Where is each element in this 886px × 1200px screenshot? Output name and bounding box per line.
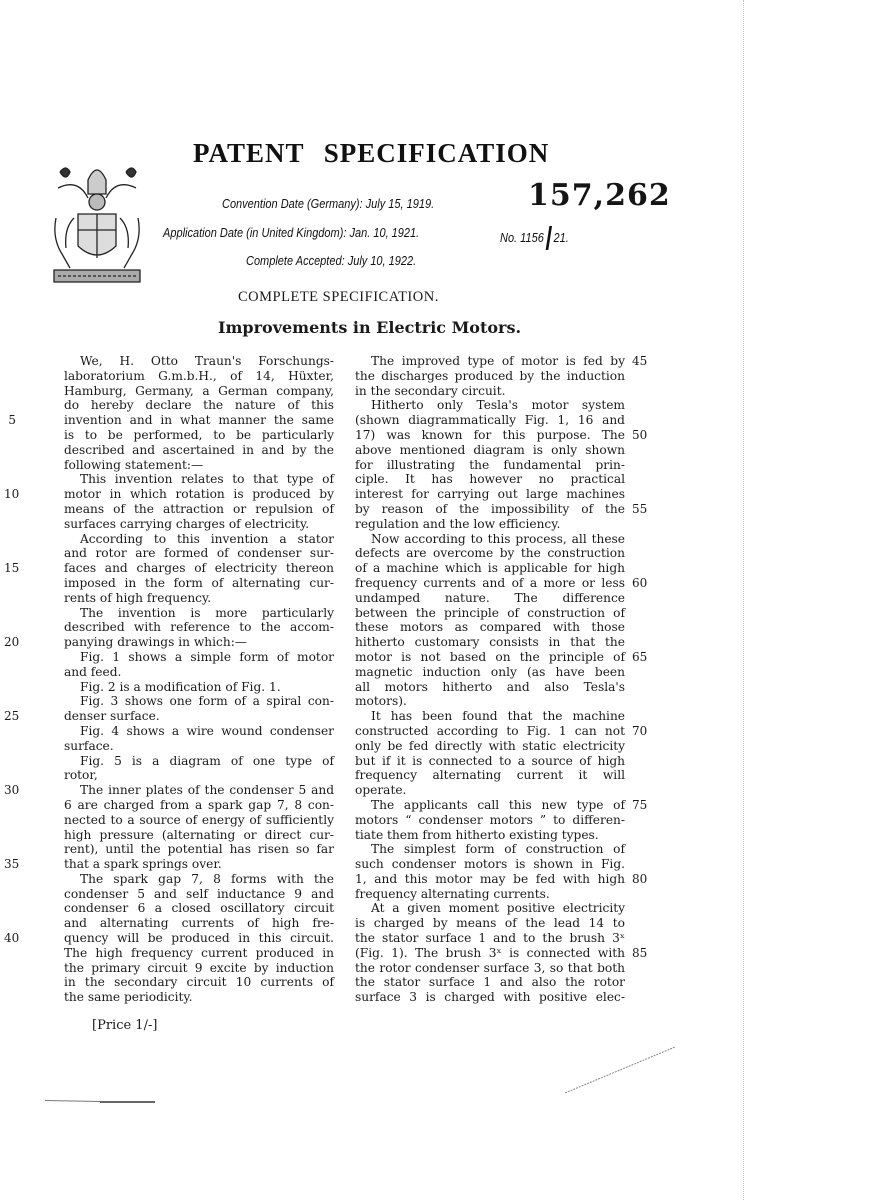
text-line: Fig. 4 shows a wire wound condenser [64,724,334,739]
text-line: frequency alternating currents. [355,887,625,902]
text-line: 1, and this motor may be fed with high [355,872,625,887]
text-line: rotor, [64,768,334,783]
text-line: constructed according to Fig. 1 can not [355,724,625,739]
text-line: above mentioned diagram is only shown [355,443,625,458]
text-line: The spark gap 7, 8 forms with the [64,872,334,887]
royal-coat-of-arms-icon [48,158,146,286]
text-line: defects are overcome by the construction [355,546,625,561]
text-line: 6 are charged from a spark gap 7, 8 con- [64,798,334,813]
text-line: We, H. Otto Traun's Forschungs- [64,354,334,369]
text-line: and rotor are formed of condenser sur- [64,546,334,561]
text-line: interest for carrying out large machines [355,487,625,502]
text-line: these motors as compared with those [355,620,625,635]
scan-artifact-diagonal [560,1045,680,1095]
text-line: Now according to this process, all these [355,532,625,547]
text-line: in the secondary circuit. [355,384,625,399]
price-label: [Price 1/-] [92,1018,157,1033]
text-line: undamped nature. The difference [355,591,625,606]
text-line: the rotor condenser surface 3, so that b… [355,961,625,976]
text-line: described and ascertained in and by the [64,443,334,458]
line-number: 40 [4,931,16,945]
text-line: and feed. [64,665,334,680]
text-line: by reason of the impossibility of the [355,502,625,517]
text-line: in the secondary circuit 10 currents of [64,975,334,990]
text-line: (shown diagrammatically Fig. 1, 16 and [355,413,625,428]
line-number: 70 [632,724,647,738]
left-text-column: We, H. Otto Traun's Forschungs-laborator… [64,354,334,1005]
text-line: motor in which rotation is produced by [64,487,334,502]
text-line: 17) was known for this purpose. The [355,428,625,443]
text-line: denser surface. [64,709,334,724]
text-line: hitherto customary consists in that the [355,635,625,650]
specification-type-heading: COMPLETE SPECIFICATION. [238,289,439,306]
application-date: Application Date (in United Kingdom): Ja… [163,226,419,240]
text-line: is to be performed, to be particularly [64,428,334,443]
text-line: motors). [355,694,625,709]
line-number: 55 [632,502,647,516]
slash-mark [545,226,551,250]
text-line: is charged by means of the lead 14 to [355,916,625,931]
text-line: of a machine which is applicable for hig… [355,561,625,576]
line-number: 85 [632,946,647,960]
text-line: only be fed directly with static electri… [355,739,625,754]
text-line: means of the attraction or repulsion of [64,502,334,517]
text-line: The simplest form of construction of [355,842,625,857]
convention-date: Convention Date (Germany): July 15, 1919… [222,197,434,211]
text-line: condenser 6 a closed oscillatory circuit [64,901,334,916]
text-line: Hitherto only Tesla's motor system [355,398,625,413]
invention-title: Improvements in Electric Motors. [218,318,521,337]
text-line: surface. [64,739,334,754]
text-line: This invention relates to that type of [64,472,334,487]
text-line: The applicants call this new type of [355,798,625,813]
text-line: condenser 5 and self inductance 9 and [64,887,334,902]
text-line: such condenser motors is shown in Fig. [355,857,625,872]
line-number: 30 [4,783,16,797]
text-line: laboratorium G.m.b.H., of 14, Hüxter, [64,369,334,384]
text-line: At a given moment positive electricity [355,901,625,916]
text-line: invention and in what manner the same [64,413,334,428]
text-line: between the principle of construction of [355,606,625,621]
line-number: 25 [4,709,16,723]
text-line: surface 3 is charged with positive elec- [355,990,625,1005]
scan-artifact-line [45,1100,155,1103]
text-line: quency will be produced in this circuit. [64,931,334,946]
text-line: rents of high frequency. [64,591,334,606]
text-line: all motors hitherto and also Tesla's [355,680,625,695]
text-line: the primary circuit 9 excite by inductio… [64,961,334,976]
line-number: 20 [4,635,16,649]
text-line: the stator surface 1 and to the brush 3ˣ [355,931,625,946]
text-line: nected to a source of energy of sufficie… [64,813,334,828]
text-line: regulation and the low efficiency. [355,517,625,532]
text-line: (Fig. 1). The brush 3ˣ is connected with [355,946,625,961]
text-line: operate. [355,783,625,798]
line-number: 60 [632,576,647,590]
line-number: 5 [4,413,16,427]
line-number: 65 [632,650,647,664]
application-number-prefix: No. 1156 [500,231,544,245]
right-text-column: The improved type of motor is fed bythe … [355,354,625,1005]
text-line: motors “ condenser motors ” to differen- [355,813,625,828]
line-number: 10 [4,487,16,501]
text-line: high pressure (alternating or direct cur… [64,828,334,843]
line-number: 80 [632,872,647,886]
text-line: the stator surface 1 and also the rotor [355,975,625,990]
text-line: frequency currents and of a more or less [355,576,625,591]
patent-number: 157,262 [528,178,671,213]
application-number: No. 115621. [500,226,569,250]
text-line: following statement:— [64,458,334,473]
text-line: ciple. It has however no practical [355,472,625,487]
complete-accepted-date: Complete Accepted: July 10, 1922. [246,254,416,268]
text-line: tiate them from hitherto existing types. [355,828,625,843]
line-number: 50 [632,428,647,442]
text-line: Fig. 2 is a modification of Fig. 1. [64,680,334,695]
scan-edge-line [743,0,745,1200]
text-line: It has been found that the machine [355,709,625,724]
text-line: surfaces carrying charges of electricity… [64,517,334,532]
text-line: The inner plates of the condenser 5 and [64,783,334,798]
page-title: PATENT SPECIFICATION [193,138,549,169]
line-number: 15 [4,561,16,575]
text-line: do hereby declare the nature of this [64,398,334,413]
text-line: The improved type of motor is fed by [355,354,625,369]
line-number: 75 [632,798,647,812]
application-number-suffix: 21. [554,231,569,245]
text-line: frequency alternating current it will [355,768,625,783]
text-line: the discharges produced by the induction [355,369,625,384]
text-line: for illustrating the fundamental prin- [355,458,625,473]
text-line: motor is not based on the principle of [355,650,625,665]
text-line: Fig. 1 shows a simple form of motor [64,650,334,665]
text-line: The high frequency current produced in [64,946,334,961]
text-line: imposed in the form of alternating cur- [64,576,334,591]
text-line: The invention is more particularly [64,606,334,621]
text-line: magnetic induction only (as have been [355,665,625,680]
text-line: rent), until the potential has risen so … [64,842,334,857]
text-line: but if it is connected to a source of hi… [355,754,625,769]
text-line: the same periodicity. [64,990,334,1005]
text-line: and alternating currents of high fre- [64,916,334,931]
text-line: that a spark springs over. [64,857,334,872]
text-line: Fig. 3 shows one form of a spiral con- [64,694,334,709]
text-line: described with reference to the accom- [64,620,334,635]
text-line: Fig. 5 is a diagram of one type of [64,754,334,769]
text-line: Hamburg, Germany, a German company, [64,384,334,399]
text-line: panying drawings in which:— [64,635,334,650]
line-number: 35 [4,857,16,871]
text-line: faces and charges of electricity thereon [64,561,334,576]
text-line: According to this invention a stator [64,532,334,547]
line-number: 45 [632,354,647,368]
